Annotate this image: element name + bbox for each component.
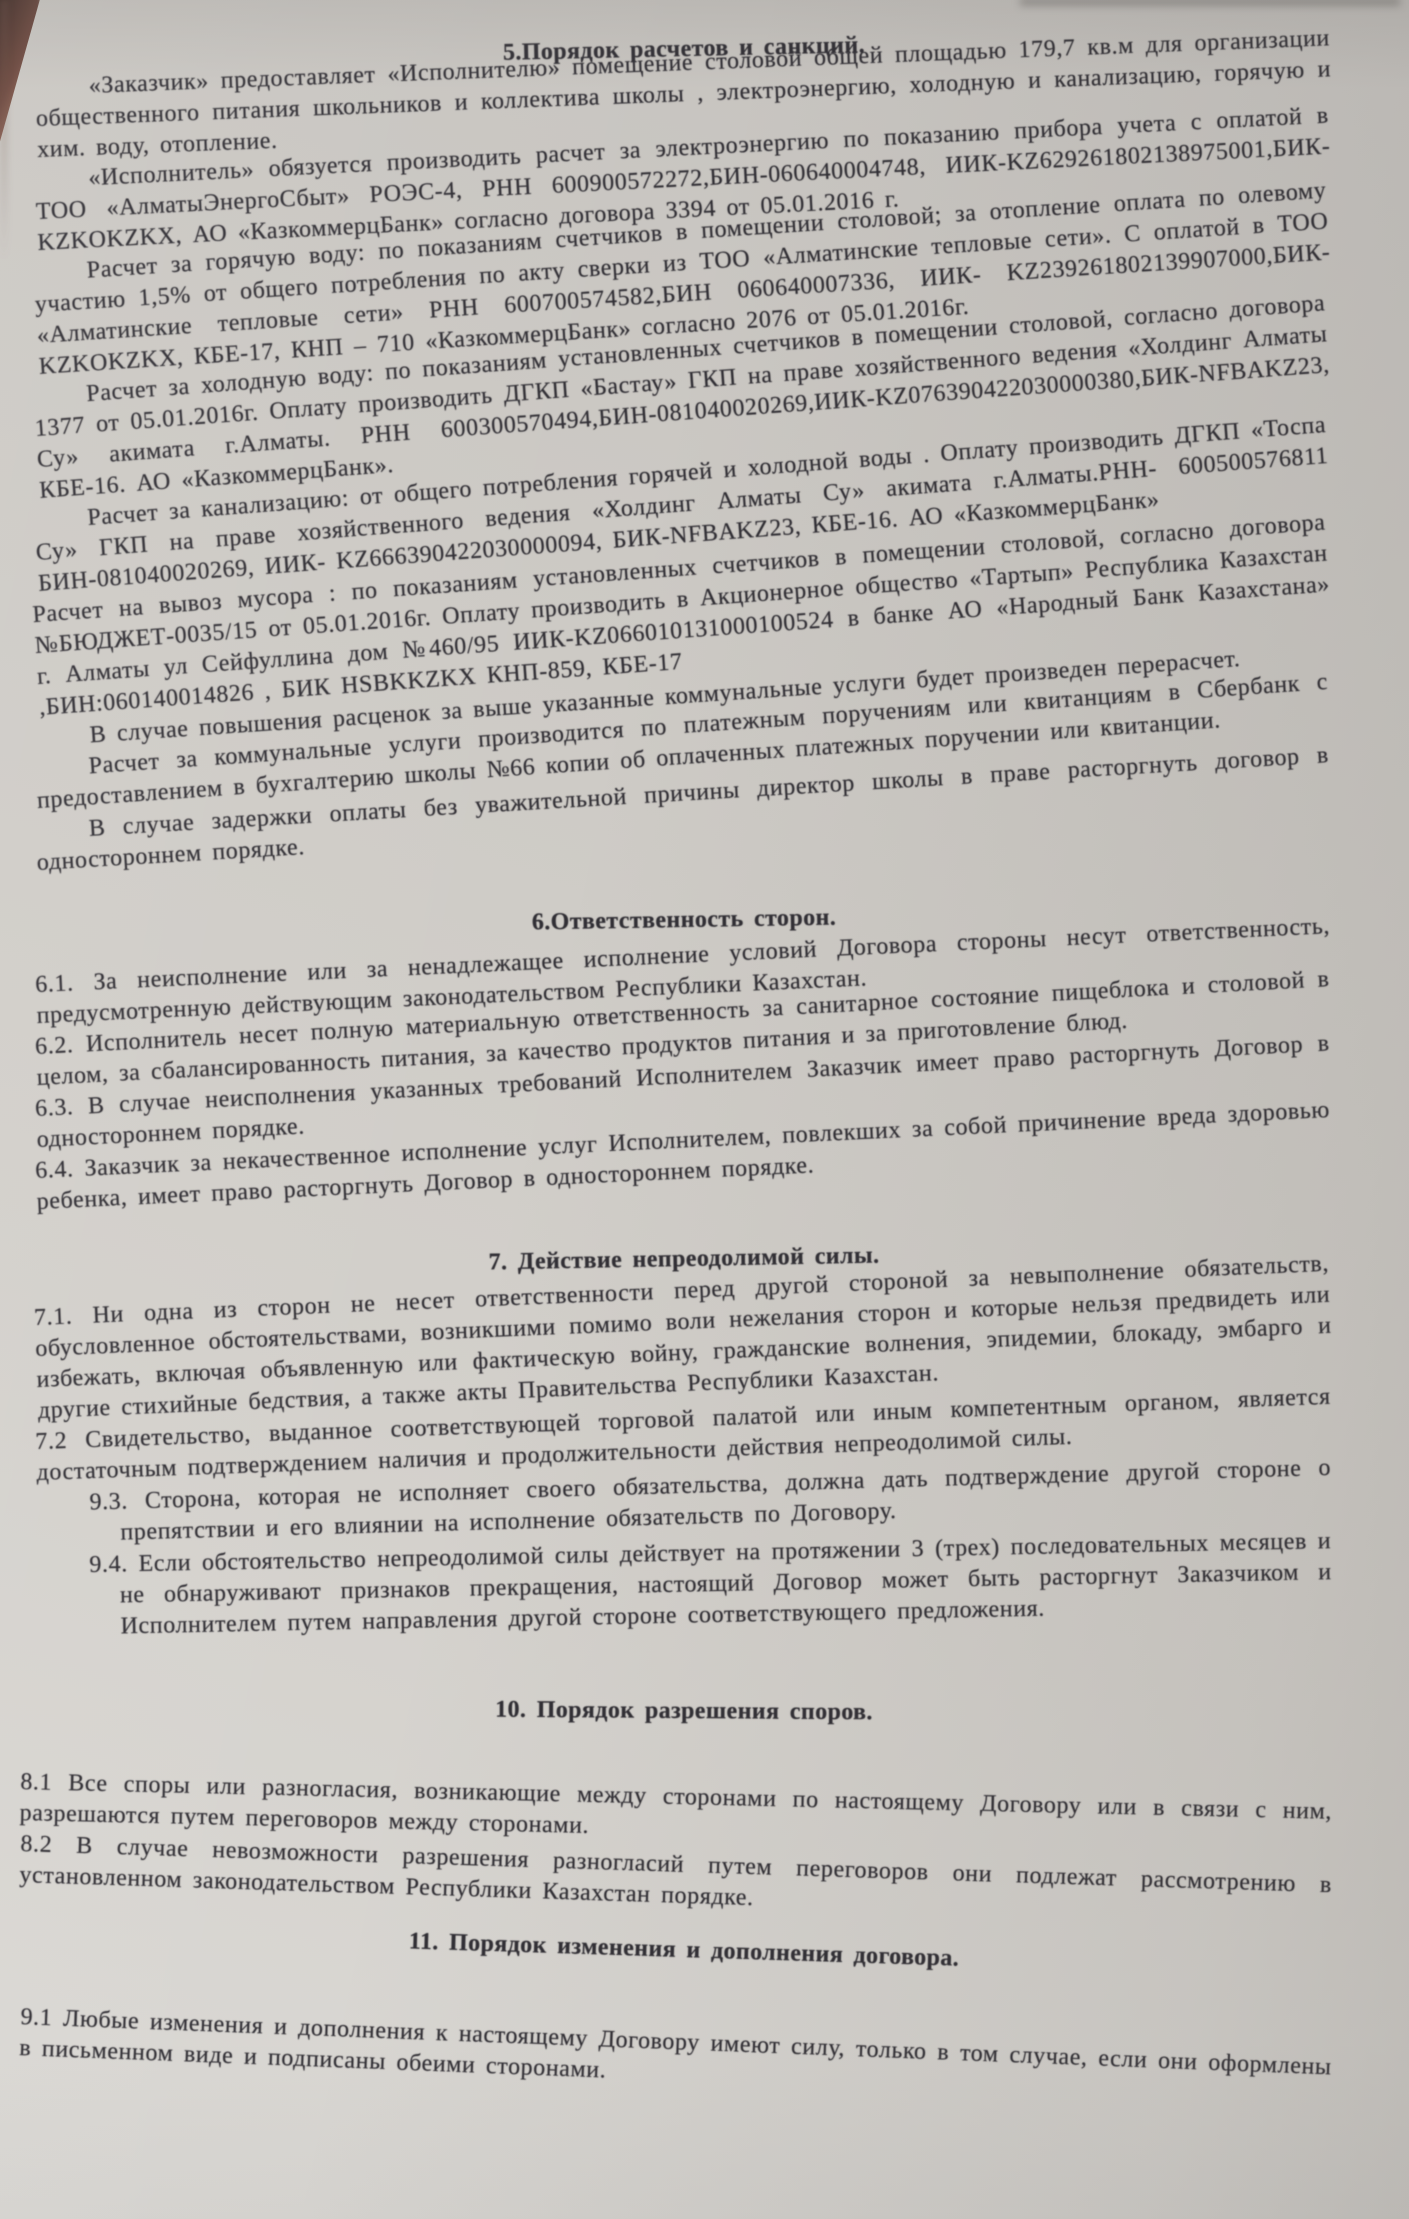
document-photo: 5.Порядок расчетов и санкций. «Заказчик»…	[0, 0, 1409, 2219]
contract-page: 5.Порядок расчетов и санкций. «Заказчик»…	[36, 20, 1332, 2064]
clause-9-1: 9.1 Любые изменения и дополнения к насто…	[19, 2002, 1332, 2114]
photo-left-edge-shadow	[0, 0, 8, 260]
section-heading-10: 10. Порядок разрешения споров.	[36, 1691, 1332, 1731]
photo-top-edge-artifact	[1020, 0, 1400, 6]
